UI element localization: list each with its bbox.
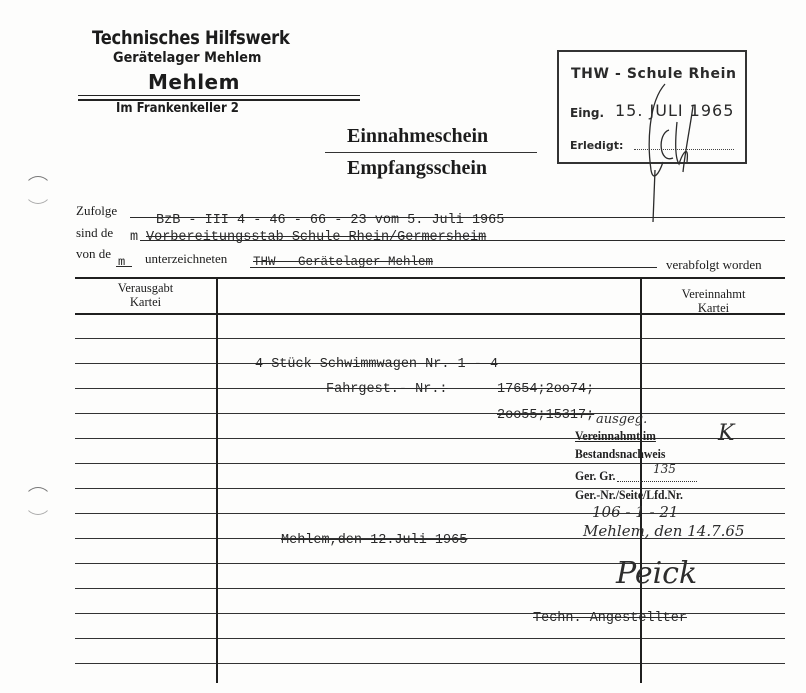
inventory-signature: Peick — [616, 556, 697, 591]
recipient-suffix: m — [130, 230, 138, 245]
table-row-line — [218, 463, 640, 464]
stamp-received-label: Eing. — [570, 106, 604, 120]
table-row-line — [642, 638, 785, 639]
table-row-line — [75, 588, 216, 589]
chassis-label: Fahrgest.- Nr.: — [326, 382, 448, 397]
table-row-line — [75, 438, 216, 439]
according-label: Zufolge — [76, 203, 117, 219]
recipient-label: sind de — [76, 225, 113, 241]
table-row-line — [75, 488, 216, 489]
signer-title: Techn. Angestellter — [533, 611, 687, 626]
table-row-line — [218, 513, 640, 514]
inventory-ref-label: Ger.-Nr./Seite/Lfd.Nr. — [575, 487, 683, 503]
letterhead-depot: Gerätelager Mehlem — [113, 50, 261, 66]
table-row-line — [642, 363, 785, 364]
table-row-line — [75, 563, 216, 564]
item-line: 4 Stück Schwimmwagen Nr. 1 - 4 — [255, 357, 498, 372]
inventory-stamp-line1: Vereinnahmt im — [575, 428, 656, 444]
table-row-line — [218, 588, 640, 589]
place-date: Mehlem,den 12.Juli 1965 — [281, 533, 467, 548]
inventory-stamp-line2: Bestandsnachweis — [575, 446, 665, 462]
table-row-line — [75, 413, 216, 414]
table-row-line — [75, 513, 216, 514]
sender-signed-label: unterzeichneten — [145, 251, 227, 267]
delivered-label: verabfolgt worden — [666, 257, 762, 273]
table-row-line — [642, 438, 785, 439]
table-row-line — [642, 388, 785, 389]
according-value: BzB - III 4 - 46 - 66 - 23 vom 5. Juli 1… — [156, 213, 504, 228]
document-title-receipt: Empfangsschein — [347, 157, 487, 180]
table-row-line — [75, 388, 216, 389]
table-row-line — [218, 638, 640, 639]
table-top-border — [75, 277, 785, 279]
punch-hole-bottom — [24, 487, 52, 515]
inventory-group-value: 135 — [653, 462, 676, 476]
inventory-ref-value: 106 - 1 - 21 — [592, 503, 678, 521]
table-row-line — [642, 413, 785, 414]
table-row-line — [75, 663, 216, 664]
stamp-title: THW - Schule Rhein — [571, 66, 737, 82]
letterhead-rule — [78, 95, 360, 96]
title-divider — [325, 152, 537, 153]
letterhead-city: Mehlem — [148, 70, 240, 94]
inventory-group-label: Ger. Gr. — [575, 468, 615, 484]
punch-hole-top — [24, 176, 52, 204]
column-header-issued: Verausgabt Kartei — [75, 281, 216, 309]
table-row-line — [642, 663, 785, 664]
handwritten-note: ausgeg. — [596, 412, 647, 427]
inventory-group-dotted — [617, 481, 697, 482]
column-header-received-line2: Kartei — [642, 301, 785, 315]
table-row-line — [75, 538, 216, 539]
letterhead-street: Im Frankenkeller 2 — [116, 101, 239, 116]
table-row-line — [75, 638, 216, 639]
table-row-line — [75, 363, 216, 364]
sender-rule — [250, 267, 657, 268]
stamp-initials-icon — [629, 82, 719, 222]
document-title-income: Einnahmeschein — [347, 125, 488, 148]
column-header-issued-line2: Kartei — [75, 295, 216, 309]
table-row-line — [218, 338, 640, 339]
table-row-line — [642, 338, 785, 339]
letterhead-organization: Technisches Hilfswerk — [92, 27, 290, 49]
column-header-issued-line1: Verausgabt — [75, 281, 216, 295]
sender-rule-short — [116, 266, 132, 267]
column-header-received: Vereinnahmt Kartei — [642, 287, 785, 315]
inventory-hand-mark: K — [718, 421, 734, 446]
recipient-value: Vorbereitungsstab Schule Rhein/Germershe… — [146, 230, 486, 245]
table-row-line — [218, 563, 640, 564]
inventory-place-date: Mehlem, den 14.7.65 — [583, 522, 745, 540]
chassis-numbers-2: 2oo55;15317; — [497, 408, 594, 423]
sender-label: von de — [76, 246, 111, 262]
table-row-line — [75, 463, 216, 464]
table-row-line — [75, 338, 216, 339]
stamp-done-label: Erledigt: — [570, 139, 623, 152]
column-header-received-line1: Vereinnahmt — [642, 287, 785, 301]
chassis-numbers-1: 17654;2oo74; — [497, 382, 594, 397]
table-row-line — [75, 613, 216, 614]
received-stamp: THW - Schule Rhein Eing. 15. JULI 1965 E… — [557, 50, 747, 164]
table-row-line — [218, 663, 640, 664]
